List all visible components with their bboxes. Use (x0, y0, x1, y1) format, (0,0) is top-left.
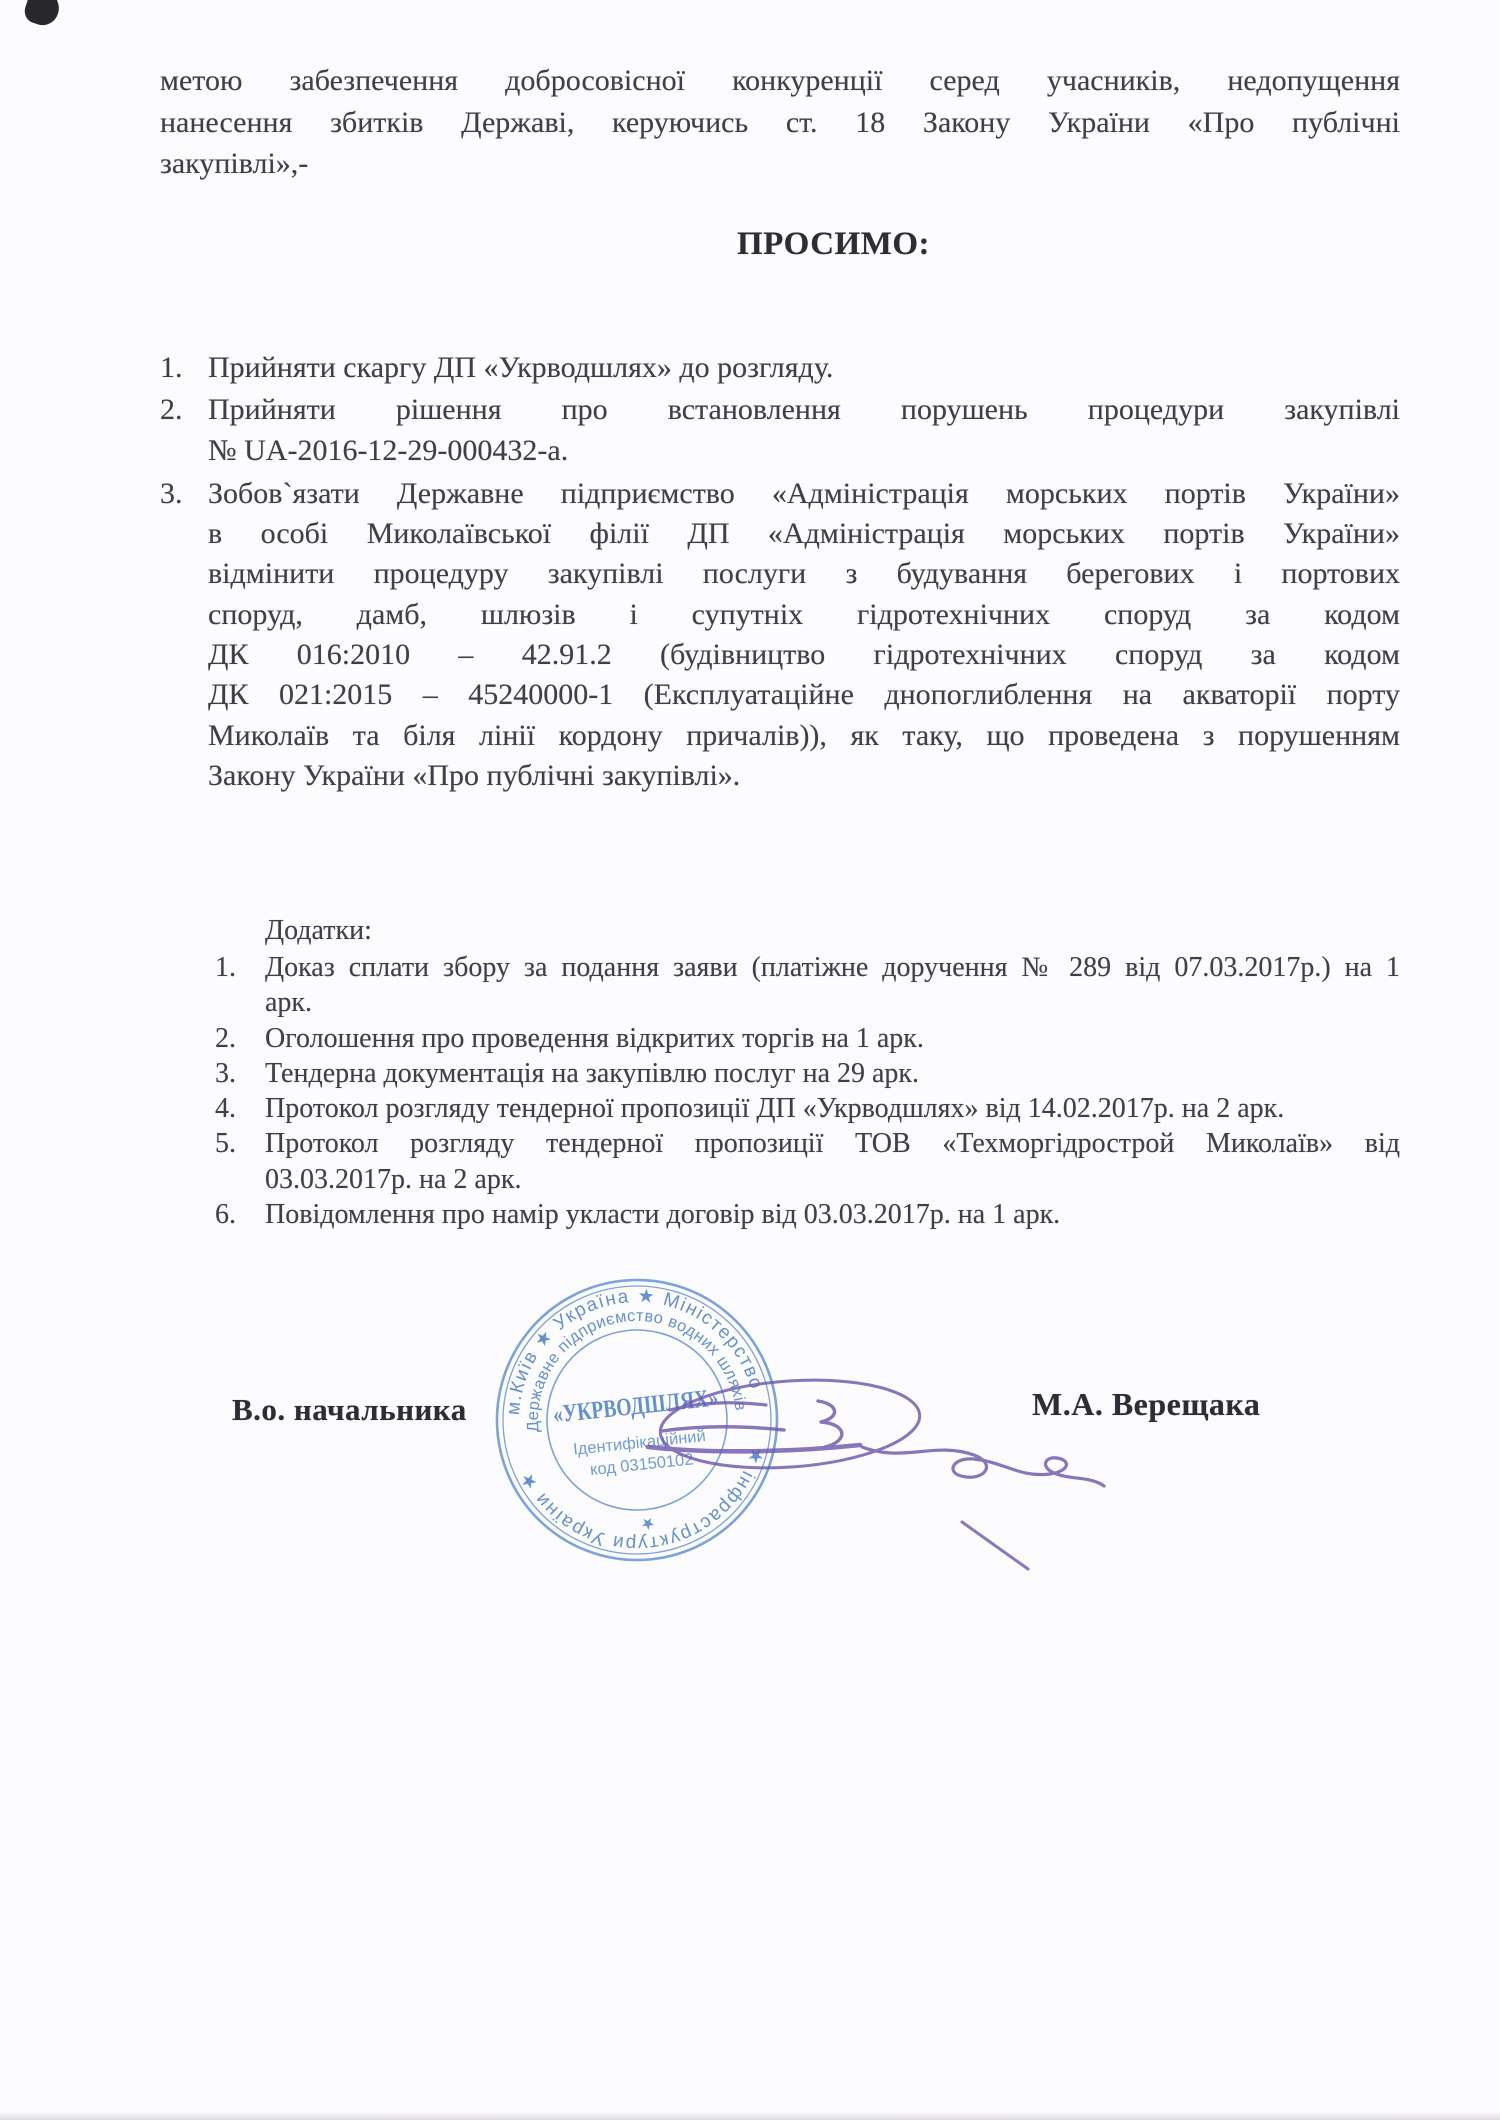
handwritten-signature (600, 1355, 1160, 1615)
request-line: № UA-2016-12-29-000432-а. (208, 431, 1400, 471)
attachment-line: Доказ сплати збору за подання заяви (пла… (265, 950, 1400, 985)
item-number: 2. (215, 1021, 265, 1056)
request-item: 3. Зобов`язати Державне підприємство «Ад… (160, 474, 1400, 796)
attachments-title: Додатки: (265, 915, 372, 947)
request-item: 2. Прийняти рішення про встановлення пор… (160, 390, 1400, 471)
scan-edge-bottom (0, 2111, 1500, 2120)
attachment-line: 03.03.2017р. на 2 арк. (265, 1162, 1400, 1197)
item-lines: Прийняти рішення про встановлення поруше… (208, 390, 1400, 471)
item-lines: Протокол розгляду тендерної пропозиції Т… (265, 1126, 1400, 1197)
request-item: 1. Прийняти скаргу ДП «Укрводшлях» до ро… (160, 348, 1400, 388)
attachment-line: Протокол розгляду тендерної пропозиції Т… (265, 1126, 1400, 1161)
item-lines: Тендерна документація на закупівлю послу… (265, 1056, 1400, 1091)
item-number: 1. (215, 950, 265, 1021)
request-line: Прийняти рішення про встановлення поруше… (208, 390, 1400, 430)
item-number: 3. (160, 474, 208, 796)
item-lines: Оголошення про проведення відкритих торг… (265, 1021, 1400, 1056)
item-number: 2. (160, 390, 208, 471)
item-number: 3. (215, 1056, 265, 1091)
attachment-line: Повідомлення про намір укласти договір в… (265, 1197, 1400, 1232)
attachment-item: 3. Тендерна документація на закупівлю по… (215, 1056, 1400, 1091)
attachment-item: 2. Оголошення про проведення відкритих т… (215, 1021, 1400, 1056)
attachment-line: Оголошення про проведення відкритих торг… (265, 1021, 1400, 1056)
attachment-item: 4. Протокол розгляду тендерної пропозиці… (215, 1091, 1400, 1126)
paragraph-line: метою забезпечення добросовісної конкуре… (160, 60, 1400, 102)
attachment-line: Тендерна документація на закупівлю послу… (265, 1056, 1400, 1091)
paragraph-line: закупівлі»,- (160, 143, 1400, 185)
attachment-line: Протокол розгляду тендерної пропозиції Д… (265, 1091, 1400, 1126)
request-line: Зобов`язати Державне підприємство «Адмін… (208, 474, 1400, 514)
request-line: споруд, дамб, шлюзів і супутніх гідротех… (208, 595, 1400, 635)
attachments-list: 1. Доказ сплати збору за подання заяви (… (215, 950, 1400, 1232)
item-lines: Повідомлення про намір укласти договір в… (265, 1197, 1400, 1232)
paragraph-line: нанесення збитків Державі, керуючись ст.… (160, 102, 1400, 144)
opening-paragraph: метою забезпечення добросовісної конкуре… (160, 60, 1400, 185)
item-number: 6. (215, 1197, 265, 1232)
item-number: 5. (215, 1126, 265, 1197)
attachment-line: арк. (265, 985, 1400, 1020)
scan-artifact-top-left (22, 0, 64, 29)
item-number: 4. (215, 1091, 265, 1126)
prosymo-heading: ПРОСИМО: (737, 226, 930, 263)
request-line: Закону України «Про публічні закупівлі». (208, 756, 1400, 796)
item-lines: Протокол розгляду тендерної пропозиції Д… (265, 1091, 1400, 1126)
request-line: ДК 021:2015 – 45240000-1 (Експлуатаційне… (208, 675, 1400, 715)
requests-list: 1. Прийняти скаргу ДП «Укрводшлях» до ро… (160, 348, 1400, 796)
item-lines: Доказ сплати збору за подання заяви (пла… (265, 950, 1400, 1021)
scanned-document-page: { "page": { "paragraph": { "lines": [ "м… (0, 0, 1500, 2120)
attachment-item: 5. Протокол розгляду тендерної пропозиці… (215, 1126, 1400, 1197)
request-line: Прийняти скаргу ДП «Укрводшлях» до розгл… (208, 348, 1400, 388)
attachment-item: 6. Повідомлення про намір укласти догові… (215, 1197, 1400, 1232)
request-line: Миколаїв та біля лінії кордону причалів)… (208, 716, 1400, 756)
request-line: в особі Миколаївської філії ДП «Адмініст… (208, 514, 1400, 554)
item-number: 1. (160, 348, 208, 388)
request-line: ДК 016:2010 – 42.91.2 (будівництво гідро… (208, 635, 1400, 675)
signature-loop (657, 1372, 922, 1476)
signature-position-label: В.о. начальника (232, 1392, 467, 1428)
attachment-item: 1. Доказ сплати збору за подання заяви (… (215, 950, 1400, 1021)
item-lines: Прийняти скаргу ДП «Укрводшлях» до розгл… (208, 348, 1400, 388)
item-lines: Зобов`язати Державне підприємство «Адмін… (208, 474, 1400, 796)
request-line: відмінити процедуру закупівлі послуги з … (208, 554, 1400, 594)
